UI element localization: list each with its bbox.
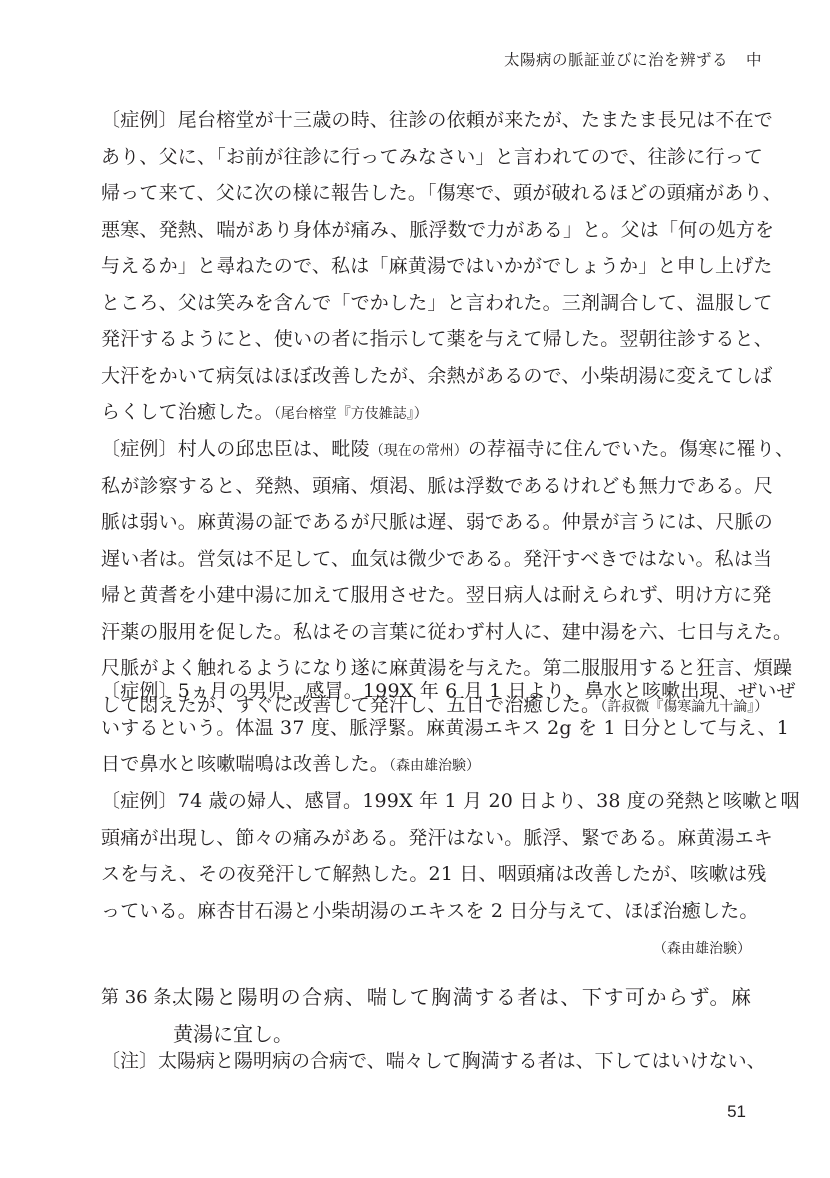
section-title: 太陽病の脈証並びに治を辨ずる <box>504 51 728 69</box>
text-line: 〔症例〕74 歳の婦人、感冒。199X 年 1 月 20 日より、38 度の発熱… <box>101 783 751 820</box>
text-line: 大汗をかいて病気はほぼ改善したが、余熱があるので、小柴胡湯に変えてしば <box>101 358 751 395</box>
text-line: ところ、父は笑みを含んで「でかした」と言われた。三剤調合して、温服して <box>101 285 751 322</box>
article-line: 太陽と陽明の合病、喘して胸満する者は、下す可からず。麻 <box>173 979 751 1016</box>
case-1: 〔症例〕尾台榕堂が十三歳の時、往診の依頼が来たが、たまたま長兄は不在で あり、父… <box>101 102 751 431</box>
text-line: 頭痛が出現し、節々の痛みがある。発汗はない。脈浮、緊である。麻黄湯エキ <box>101 820 751 857</box>
citation: （尾台榕堂『方伎雑誌』） <box>274 406 428 422</box>
text-line: 与えるか」と尋ねたので、私は「麻黄湯ではいかがでしょうか」と申し上げた <box>101 248 751 285</box>
text-line-last: 日で鼻水と咳嗽喘鳴は改善した。（森由雄治験） <box>101 746 751 783</box>
text-line: あり、父に、「お前が往診に行ってみなさい」と言われてので、往診に行って <box>101 139 751 176</box>
article-body: 太陽と陽明の合病、喘して胸満する者は、下す可からず。麻 黄湯に宜し。 <box>173 979 751 1053</box>
text-line-last: らくして治癒した。（尾台榕堂『方伎雑誌』） <box>101 394 751 431</box>
text-line: 発汗するようにと、使いの者に指示して薬を与えて帰した。翌朝往診すると、 <box>101 321 751 358</box>
text: 〔症例〕村人の邱忠臣は、毗陵 <box>101 438 370 460</box>
article-36: 第 36 条. 太陽と陽明の合病、喘して胸満する者は、下す可からず。麻 黄湯に宜… <box>101 979 751 1053</box>
case-4: 〔症例〕74 歳の婦人、感冒。199X 年 1 月 20 日より、38 度の発熱… <box>101 783 751 966</box>
text-line: 〔注〕太陽病と陽明病の合病で、喘々して胸満する者は、下してはいけない、 <box>101 1043 751 1080</box>
text-line: 帰と黄耆を小建中湯に加えて服用させた。翌日病人は耐えられず、明け方に発 <box>101 577 751 614</box>
case-3: 〔症例〕5ヵ月の男児、感冒。199X 年 6 月 1 日より、鼻水と咳嗽出現、ぜ… <box>101 673 751 783</box>
commentary-note: 〔注〕太陽病と陽明病の合病で、喘々して胸満する者は、下してはいけない、 <box>101 1043 751 1080</box>
citation-line: （森由雄治験） <box>101 929 751 966</box>
text-line: 私が診察すると、発熱、頭痛、煩渇、脈は浮数であるけれども無力である。尺 <box>101 468 751 505</box>
article-label: 第 36 条. <box>101 979 177 1016</box>
citation: （森由雄治験） <box>653 941 751 957</box>
text-line: 〔症例〕尾台榕堂が十三歳の時、往診の依頼が来たが、たまたま長兄は不在で <box>101 102 751 139</box>
text-line: スを与え、その夜発汗して解熱した。21 日、咽頭痛は改善したが、咳嗽は残 <box>101 856 751 893</box>
text-line: 悪寒、発熱、喘があり身体が痛み、脈浮数で力がある」と。父は「何の処方を <box>101 212 751 249</box>
text: 日で鼻水と咳嗽喘鳴は改善した。 <box>101 753 389 775</box>
citation: （森由雄治験） <box>389 758 480 774</box>
inline-note: （現在の常州） <box>370 443 468 459</box>
text-line: 脈は弱い。麻黄湯の証であるが尺脈は遅、弱である。仲景が言うには、尺脈の <box>101 504 751 541</box>
text-line: っている。麻杏甘石湯と小柴胡湯のエキスを 2 日分与えて、ほぼ治癒した。 <box>101 893 751 930</box>
text: らくして治癒した。 <box>101 401 274 423</box>
text: の荐福寺に住んでいた。傷寒に罹り、 <box>468 438 794 460</box>
text-line: 帰って来て、父に次の様に報告した。「傷寒で、頭が破れるほどの頭痛があり、 <box>101 175 751 212</box>
text-line: 遅い者は。営気は不足して、血気は微少である。発汗すべきではない。私は当 <box>101 541 751 578</box>
page-number: 51 <box>727 1102 746 1122</box>
text-line: 汗薬の服用を促した。私はその言葉に従わず村人に、建中湯を六、七日与えた。 <box>101 614 751 651</box>
running-header: 太陽病の脈証並びに治を辨ずる中 <box>504 48 762 70</box>
chapter-mark: 中 <box>746 51 762 69</box>
text-line: いするという。体温 37 度、脈浮緊。麻黄湯エキス 2g を 1 日分として与え… <box>101 710 751 747</box>
text-line: 〔症例〕5ヵ月の男児、感冒。199X 年 6 月 1 日より、鼻水と咳嗽出現、ぜ… <box>101 673 751 710</box>
text-line: 〔症例〕村人の邱忠臣は、毗陵（現在の常州）の荐福寺に住んでいた。傷寒に罹り、 <box>101 431 751 468</box>
